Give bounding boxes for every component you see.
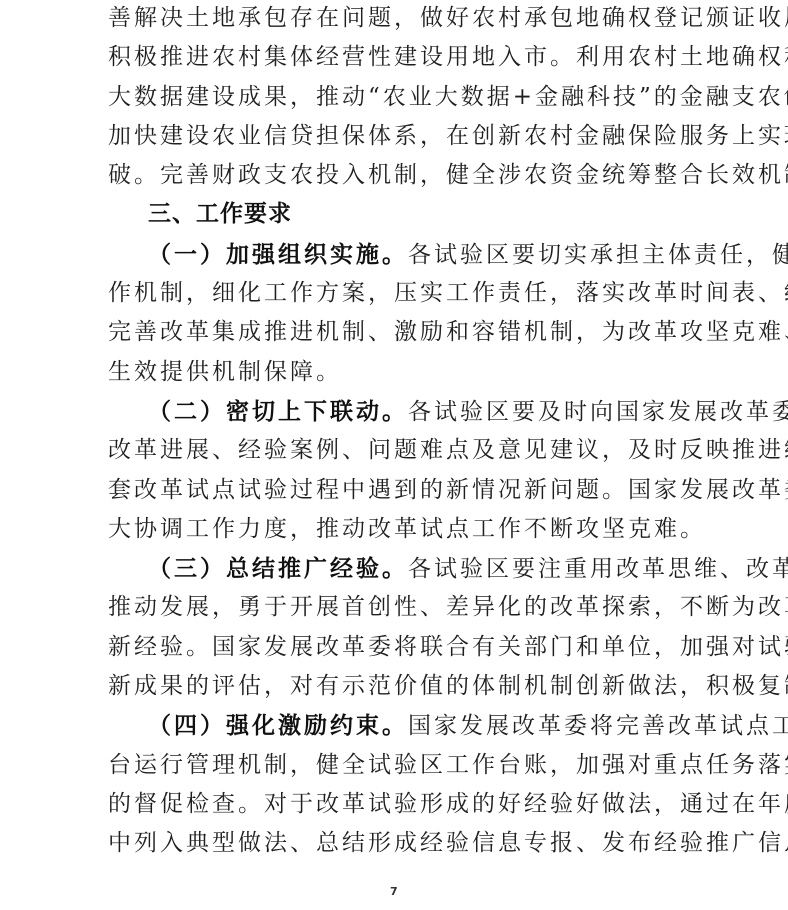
continuation-paragraph: 善解决土地承包存在问题，做好农村承包地确权登记颁证收尾工作。 积极推进农村集体经… [108, 0, 688, 195]
item-first-line-text: 各试验区要切实承担主体责任，健全工 [408, 242, 788, 268]
text-line: 新经验。国家发展改革委将联合有关部门和单位，加强对试验区创 [108, 628, 688, 667]
item-first-line-text: 各试验区要注重用改革思维、改革方式 [408, 556, 788, 582]
requirement-item-3: （三）总结推广经验。各试验区要注重用改革思维、改革方式 推动发展，勇于开展首创性… [108, 549, 688, 706]
text-line: 台运行管理机制，健全试验区工作台账，加强对重点任务落实情况 [108, 746, 688, 785]
text-line: 生效提供机制保障。 [108, 353, 688, 392]
section-heading: 三、工作要求 [108, 195, 688, 234]
item-lead-title: （四）强化激励约束。 [148, 712, 408, 739]
page-number: 7 [390, 885, 398, 898]
requirement-item-1: （一）加强组织实施。各试验区要切实承担主体责任，健全工 作机制，细化工作方案，压… [108, 235, 688, 392]
text-line: 积极推进农村集体经营性建设用地入市。利用农村土地确权和农业 [108, 38, 688, 77]
text-line: （四）强化激励约束。国家发展改革委将完善改革试点工作平 [108, 706, 688, 745]
text-line: 的督促检查。对于改革试验形成的好经验好做法，通过在年度报告 [108, 785, 688, 824]
text-line: （一）加强组织实施。各试验区要切实承担主体责任，健全工 [108, 235, 688, 274]
text-line: 大数据建设成果，推动“农业大数据+金融科技”的金融支农创新， [108, 78, 688, 117]
text-line: 推动发展，勇于开展首创性、差异化的改革探索，不断为改革提供 [108, 588, 688, 627]
text-line: 改革进展、经验案例、问题难点及意见建议，及时反映推进综合配 [108, 431, 688, 470]
item-lead-title: （二）密切上下联动。 [148, 398, 408, 425]
text-line: （二）密切上下联动。各试验区要及时向国家发展改革委报送 [108, 392, 688, 431]
text-line: 完善改革集成推进机制、激励和容错机制，为改革攻坚克难、落地 [108, 313, 688, 352]
body-text: 善解决土地承包存在问题，做好农村承包地确权登记颁证收尾工作。 积极推进农村集体经… [108, 0, 688, 864]
text-line: 套改革试点试验过程中遇到的新情况新问题。国家发展改革委将加 [108, 471, 688, 510]
item-lead-title: （一）加强组织实施。 [148, 241, 408, 268]
text-line: 大协调工作力度，推动改革试点工作不断攻坚克难。 [108, 510, 688, 549]
requirement-item-2: （二）密切上下联动。各试验区要及时向国家发展改革委报送 改革进展、经验案例、问题… [108, 392, 688, 549]
item-lead-title: （三）总结推广经验。 [148, 555, 408, 582]
text-line: 新成果的评估，对有示范价值的体制机制创新做法，积极复制推广。 [108, 667, 688, 706]
requirement-item-4: （四）强化激励约束。国家发展改革委将完善改革试点工作平 台运行管理机制，健全试验… [108, 706, 688, 863]
item-first-line-text: 各试验区要及时向国家发展改革委报送 [408, 399, 788, 425]
text-line: （三）总结推广经验。各试验区要注重用改革思维、改革方式 [108, 549, 688, 588]
text-line: 善解决土地承包存在问题，做好农村承包地确权登记颁证收尾工作。 [108, 0, 688, 38]
text-line: 破。完善财政支农投入机制，健全涉农资金统筹整合长效机制。 [108, 156, 688, 195]
text-line: 加快建设农业信贷担保体系，在创新农村金融保险服务上实现新突 [108, 117, 688, 156]
text-line: 作机制，细化工作方案，压实工作责任，落实改革时间表、线路图。 [108, 274, 688, 313]
text-line: 中列入典型做法、总结形成经验信息专报、发布经验推广信息等形 [108, 824, 688, 863]
item-first-line-text: 国家发展改革委将完善改革试点工作平 [408, 713, 788, 739]
document-page: 善解决土地承包存在问题，做好农村承包地确权登记颁证收尾工作。 积极推进农村集体经… [0, 0, 788, 910]
